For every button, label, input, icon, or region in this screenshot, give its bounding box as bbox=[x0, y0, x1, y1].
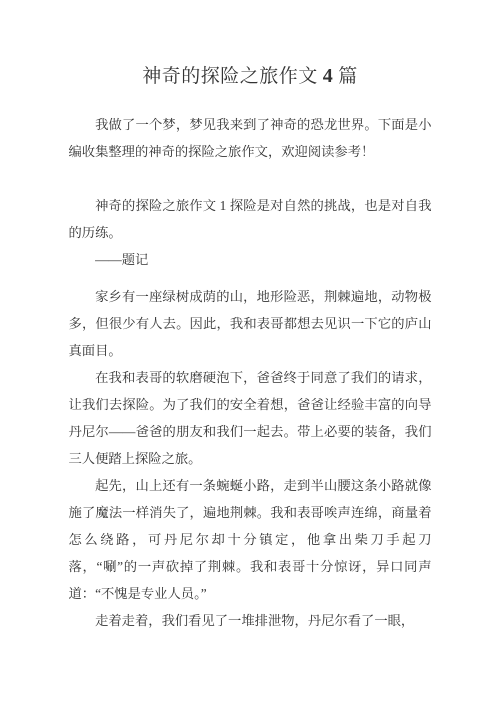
page-title-suffix: 篇 bbox=[338, 66, 358, 87]
paragraph-body-4: 走着走着，我们看见了一堆排泄物，丹尼尔看了一眼， bbox=[69, 607, 432, 634]
paragraph-essay1-opening: 神奇的探险之旅作文 1 探险是对自然的挑战，也是对自我的历练。 bbox=[69, 192, 432, 246]
document-page: 神奇的探险之旅作文4篇 我做了一个梦，梦见我来到了神奇的恐龙世界。下面是小编收集… bbox=[0, 0, 500, 707]
paragraph-body-1: 家乡有一座绿树成荫的山，地形险恶，荆棘遍地，动物极多，但很少有人去。因此，我和表… bbox=[69, 283, 432, 364]
essay-body: 我做了一个梦，梦见我来到了神奇的恐龙世界。下面是小编收集整理的神奇的探险之旅作文… bbox=[69, 111, 432, 634]
page-title: 神奇的探险之旅作文4篇 bbox=[0, 62, 500, 91]
paragraph-body-3: 起先，山上还有一条蜿蜒小路，走到半山腰这条小路就像施了魔法一样消失了，遍地荆棘。… bbox=[69, 472, 432, 607]
paragraph-body-2: 在我和表哥的软磨硬泡下，爸爸终于同意了我们的请求，让我们去探险。为了我们的安全着… bbox=[69, 364, 432, 472]
page-title-text: 神奇的探险之旅作文 bbox=[142, 66, 318, 87]
page-title-number: 4 bbox=[323, 65, 334, 87]
paragraph-epigraph: ——题记 bbox=[69, 246, 432, 273]
paragraph-intro: 我做了一个梦，梦见我来到了神奇的恐龙世界。下面是小编收集整理的神奇的探险之旅作文… bbox=[69, 111, 432, 165]
